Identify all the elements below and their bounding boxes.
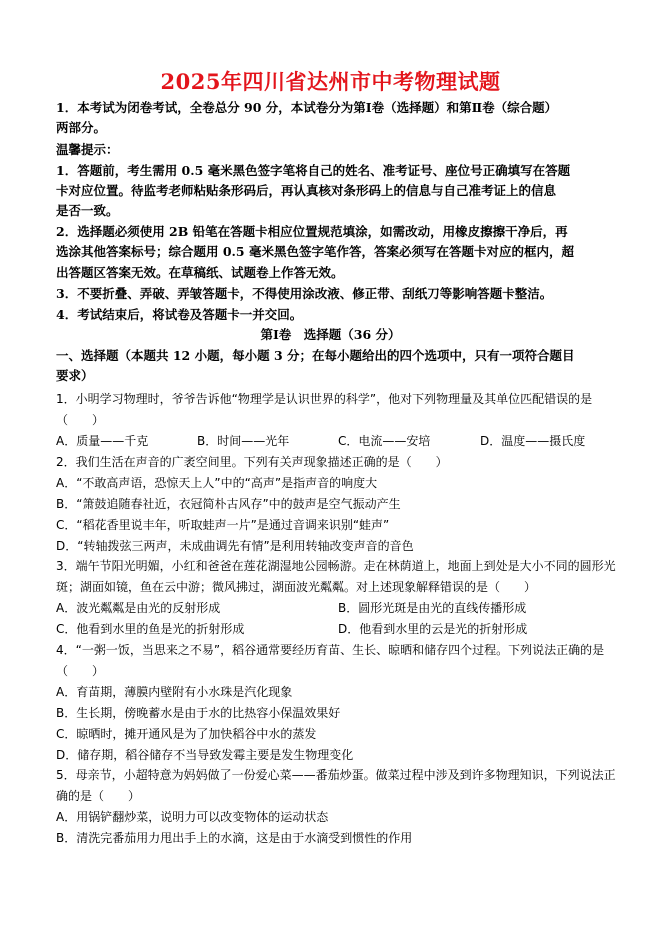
section-instruction: 要求） bbox=[56, 366, 94, 386]
question-1-option-a: A．质量——千克 bbox=[56, 431, 148, 451]
question-1-stem: （ ） bbox=[56, 410, 104, 430]
question-3-option-d: D．他看到水里的云是光的折射形成 bbox=[338, 619, 527, 639]
tip-line: 1．答题前，考生需用 0.5 毫米黑色签字笔将自己的姓名、准考证号、座位号正确填… bbox=[56, 161, 570, 181]
tip-line: 是否一致。 bbox=[56, 201, 119, 221]
tip-line: 2．选择题必须使用 2B 铅笔在答题卡相应位置规范填涂，如需改动，用橡皮擦擦干净… bbox=[56, 222, 568, 242]
section-heading: 第Ⅰ卷 选择题（36 分） bbox=[0, 325, 661, 345]
question-3-option-b: B．圆形光斑是由光的直线传播形成 bbox=[338, 598, 526, 618]
question-4-option-a: A．育苗期，薄膜内壁附有小水珠是汽化现象 bbox=[56, 682, 292, 702]
tip-line: 选涂其他答案标号；综合题用 0.5 毫米黑色签字笔作答，答案必须写在答题卡对应的… bbox=[56, 242, 574, 262]
question-3-option-c: C．他看到水里的鱼是光的折射形成 bbox=[56, 619, 244, 639]
question-2-option-d: D．“转轴拨弦三两声，未成曲调先有情”是利用转轴改变声音的音色 bbox=[56, 536, 414, 556]
tip-line: 出答题区答案无效。在草稿纸、试题卷上作答无效。 bbox=[56, 263, 344, 283]
question-4-option-c: C．晾晒时，摊开通风是为了加快稻谷中水的蒸发 bbox=[56, 724, 316, 744]
question-1-stem: 1．小明学习物理时，爷爷告诉他“物理学是认识世界的科学”，他对下列物理量及其单位… bbox=[56, 389, 592, 409]
section-instruction: 一、选择题（本题共 12 小题，每小题 3 分；在每小题给出的四个选项中，只有一… bbox=[56, 346, 575, 366]
question-2-option-b: B．“箫鼓追随春社近，衣冠简朴古风存”中的鼓声是空气振动产生 bbox=[56, 494, 401, 514]
exam-title: 2025年四川省达州市中考物理试题 bbox=[0, 66, 661, 96]
question-2-option-a: A．“不敢高声语，恐惊天上人”中的“高声”是指声音的响度大 bbox=[56, 473, 377, 493]
question-4-stem: （ ） bbox=[56, 661, 104, 681]
question-3-stem: 3．端午节阳光明媚，小红和爸爸在莲花湖湿地公园畅游。走在林荫道上，地面上到处是大… bbox=[56, 556, 616, 576]
tip-line: 4．考试结束后，将试卷及答题卡一并交回。 bbox=[56, 305, 302, 325]
question-3-stem: 斑；湖面如镜，鱼在云中游；微风拂过，湖面波光粼粼。对上述现象解释错误的是（ ） bbox=[56, 577, 536, 597]
question-1-option-d: D．温度——摄氏度 bbox=[480, 431, 585, 451]
question-4-option-d: D．储存期，稻谷储存不当导致发霉主要是发生物理变化 bbox=[56, 745, 353, 765]
question-5-stem: 5．母亲节，小超特意为妈妈做了一份爱心菜——番茄炒蛋。做菜过程中涉及到许多物理知… bbox=[56, 765, 616, 785]
notice-line: 1．本考试为闭卷考试，全卷总分 90 分，本试卷分为第Ⅰ卷（选择题）和第Ⅱ卷（综… bbox=[56, 98, 557, 118]
question-4-option-b: B．生长期，傍晚蓄水是由于水的比热容小保温效果好 bbox=[56, 703, 340, 723]
question-4-stem: 4．“一粥一饭，当思来之不易”，稻谷通常要经历育苗、生长、晾晒和储存四个过程。下… bbox=[56, 640, 604, 660]
question-1-option-c: C．电流——安培 bbox=[338, 431, 430, 451]
question-2-stem: 2．我们生活在声音的广袤空间里。下列有关声现象描述正确的是（ ） bbox=[56, 452, 448, 472]
tips-heading: 温馨提示： bbox=[56, 140, 119, 160]
question-2-option-c: C．“稻花香里说丰年，听取蛙声一片”是通过音调来识别“蛙声” bbox=[56, 515, 389, 535]
tip-line: 卡对应位置。待监考老师粘贴条形码后，再认真核对条形码上的信息与自己准考证上的信息 bbox=[56, 181, 556, 201]
tip-line: 3．不要折叠、弄破、弄皱答题卡，不得使用涂改液、修正带、刮纸刀等影响答题卡整洁。 bbox=[56, 284, 552, 304]
question-5-option-a: A．用锅铲翻炒菜，说明力可以改变物体的运动状态 bbox=[56, 807, 328, 827]
question-5-stem: 确的是（ ） bbox=[56, 786, 140, 806]
notice-line: 两部分。 bbox=[56, 118, 106, 138]
question-5-option-b: B．清洗完番茄用力甩出手上的水滴，这是由于水滴受到惯性的作用 bbox=[56, 828, 412, 848]
exam-page: 2025年四川省达州市中考物理试题 1．本考试为闭卷考试，全卷总分 90 分，本… bbox=[0, 0, 661, 935]
question-1-option-b: B．时间——光年 bbox=[197, 431, 289, 451]
question-3-option-a: A．波光粼粼是由光的反射形成 bbox=[56, 598, 220, 618]
